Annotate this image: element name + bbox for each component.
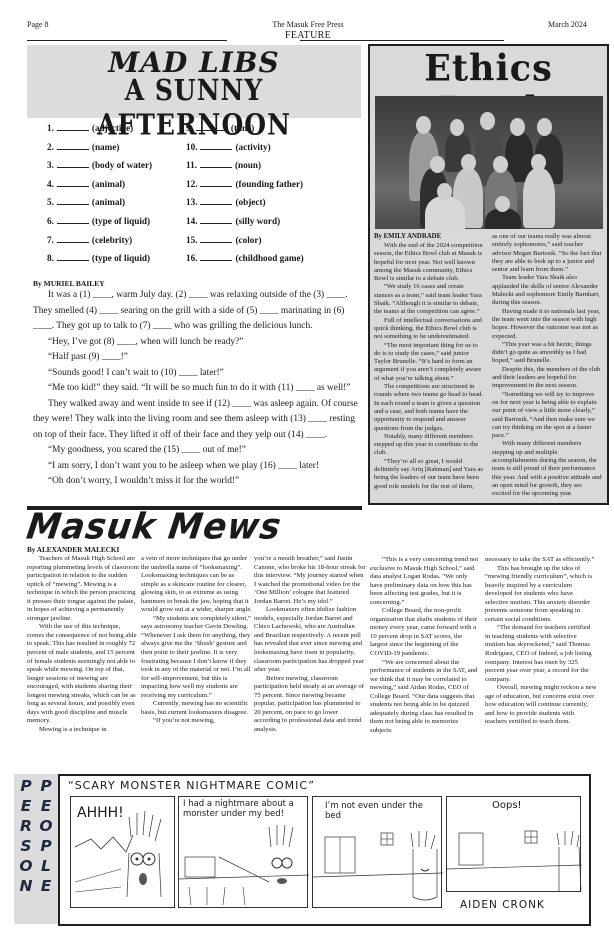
comic-credit: AIDEN CRONK — [460, 899, 545, 911]
mews-column-1: Teachers of Masuk High School are report… — [27, 555, 139, 734]
article-paragraph: “This year was a bit hectic, things didn… — [492, 341, 602, 366]
article-paragraph: Lookmaxers often idolize fashion models,… — [254, 606, 366, 674]
blank-number: 5. — [47, 197, 54, 207]
blank-number: 15. — [186, 235, 197, 245]
article-paragraph: With the end of the 2024 competition sea… — [374, 242, 484, 283]
story-paragraph: “My goodness, you scared the (15) ____ o… — [33, 443, 363, 459]
comic-drawing-3 — [313, 797, 443, 909]
comic-panel-1: AHHH! — [70, 796, 175, 908]
blank-item: 12.(founding father) — [186, 175, 304, 194]
article-paragraph: Currently, mewing has no scientific basi… — [141, 700, 253, 717]
comic-drawing-4 — [447, 797, 582, 893]
blank-line — [200, 160, 232, 168]
label-letter: L — [36, 856, 56, 876]
blank-item: 11.(noun) — [186, 156, 304, 175]
blank-type: (animal) — [92, 197, 125, 207]
article-paragraph: “We study 16 cases and create stances as… — [374, 283, 484, 316]
blank-number: 16. — [186, 253, 197, 263]
label-letter: E — [16, 796, 36, 816]
comic-drawing-1 — [71, 797, 176, 909]
blank-column-left: 1.(adjective) 2.(name) 3.(body of water)… — [47, 119, 152, 268]
story-paragraph: “Me too kid!” they said. “It will be so … — [33, 381, 363, 397]
blank-item: 3.(body of water) — [47, 156, 152, 175]
comic-panel-3: I’m not even under the bed — [312, 796, 442, 908]
blank-type: (body of water) — [92, 160, 152, 170]
blank-number: 12. — [186, 179, 197, 189]
blank-line — [57, 235, 89, 243]
blank-type: (animal) — [92, 179, 125, 189]
blank-item: 14.(silly word) — [186, 212, 304, 231]
ethics-column-2: as one of our teams really was almost en… — [492, 233, 602, 499]
article-paragraph: Before mewing, classroom participation h… — [254, 675, 366, 735]
article-paragraph: Having made it to nationals last year, t… — [492, 308, 602, 341]
blank-number: 11. — [186, 160, 197, 170]
blank-number: 7. — [47, 235, 54, 245]
blank-type: (color) — [235, 235, 261, 245]
article-paragraph: “We are concerned about the performance … — [370, 659, 480, 736]
masuk-mews-byline: By ALEXANDER MALECKI — [27, 546, 119, 554]
madlibs-byline: By MURIEL BAILEY — [33, 279, 363, 288]
blank-line — [57, 253, 89, 261]
blank-item: 4.(animal) — [47, 175, 152, 194]
blank-type: (adjective) — [92, 123, 133, 133]
blank-line — [57, 179, 89, 187]
blank-line — [200, 253, 232, 261]
blank-column-right: 9.(time) 10.(activity) 11.(noun) 12.(fou… — [186, 119, 304, 268]
mews-column-4: “This is a very concerning trend not exc… — [370, 556, 480, 735]
blank-item: 6.(type of liquid) — [47, 212, 152, 231]
article-paragraph: Despite this, the members of the club an… — [492, 366, 602, 391]
article-paragraph: Mewing is a technique in — [27, 726, 139, 735]
article-paragraph: “Something we will try to improve on for… — [492, 391, 602, 441]
story-paragraph: “Half past (9) ____!” — [33, 350, 363, 366]
blank-item: 10.(activity) — [186, 138, 304, 157]
blank-line — [200, 197, 232, 205]
label-letter: N — [16, 876, 36, 896]
blank-line — [57, 197, 89, 205]
label-letter: P — [16, 776, 36, 796]
blank-number: 9. — [186, 123, 193, 133]
comic-panel-4: Oops! — [446, 796, 581, 892]
article-paragraph: With many different members stepping up … — [492, 440, 602, 498]
article-paragraph: a vein of more techniques that go under … — [141, 555, 253, 615]
blank-line — [57, 142, 89, 150]
page-number: Page 8 — [27, 20, 49, 29]
ethics-column-1: With the end of the 2024 competition sea… — [374, 242, 484, 491]
story-paragraph: “Sounds good! I can’t wait to (10) ____ … — [33, 366, 363, 382]
blank-number: 8. — [47, 253, 54, 263]
people-label: P E O P L E — [36, 776, 56, 896]
blank-item: 2.(name) — [47, 138, 152, 157]
article-paragraph: With the use of this technique, comes th… — [27, 623, 139, 726]
article-paragraph: you’re a mouth breather,” said Justin Ca… — [254, 555, 366, 606]
blank-number: 2. — [47, 142, 54, 152]
blank-number: 1. — [47, 123, 54, 133]
article-paragraph: Overall, mewing might reckon a new age o… — [485, 684, 597, 727]
story-paragraph: It was a (1) ____, warm July day. (2) __… — [33, 288, 363, 335]
story-paragraph: They walked away and went inside to see … — [33, 397, 363, 444]
label-letter: O — [16, 856, 36, 876]
article-paragraph: Notably, many different members stepped … — [374, 433, 484, 458]
blank-type: (type of liquid) — [92, 216, 150, 226]
mews-column-2: a vein of more techniques that go under … — [141, 555, 253, 726]
paper-name: The Masuk Free Press — [228, 20, 388, 29]
blank-type: (celebrity) — [92, 235, 132, 245]
label-letter: E — [36, 876, 56, 896]
blank-item: 5.(animal) — [47, 193, 152, 212]
mews-column-3: you’re a mouth breather,” said Justin Ca… — [254, 555, 366, 734]
comic-title: “SCARY MONSTER NIGHTMARE COMIC” — [68, 779, 315, 792]
article-paragraph: necessary to take the SAT as efficiently… — [485, 556, 597, 565]
blank-type: (childhood game) — [235, 253, 303, 263]
masuk-mews-title: Masuk Mews — [24, 508, 364, 546]
story-paragraph: “Hey, I’ve got (8) ____, when will lunch… — [33, 335, 363, 351]
article-paragraph: The competitions are structured in round… — [374, 383, 484, 433]
blank-item: 16.(childhood game) — [186, 249, 304, 268]
header-rule-right — [300, 40, 504, 41]
label-letter: S — [16, 836, 36, 856]
blank-line — [200, 142, 232, 150]
blank-line — [57, 216, 89, 224]
blank-type: (founding father) — [235, 179, 303, 189]
blank-item: 1.(adjective) — [47, 119, 152, 138]
mews-column-5: necessary to take the SAT as efficiently… — [485, 556, 597, 727]
ethics-bowl-body: By EMILY ANDRADE With the end of the 202… — [374, 233, 604, 241]
issue-date: March 2024 — [548, 20, 587, 29]
blank-item: 7.(celebrity) — [47, 231, 152, 250]
label-letter: P — [36, 776, 56, 796]
blank-number: 3. — [47, 160, 54, 170]
blank-type: (time) — [231, 123, 254, 133]
comic-drawing-2 — [179, 797, 309, 909]
article-paragraph: “They’re all so great, I would definitel… — [374, 458, 484, 491]
blank-number: 6. — [47, 216, 54, 226]
article-paragraph: “The most important thing for us to do i… — [374, 342, 484, 383]
blank-type: (name) — [92, 142, 120, 152]
story-paragraph: “I am sorry, I don’t want you to be asle… — [33, 459, 363, 475]
blank-line — [57, 123, 89, 131]
blank-line — [200, 179, 232, 187]
blank-line — [57, 160, 89, 168]
article-paragraph: “The demand for teachers certified in te… — [485, 624, 597, 684]
article-paragraph: Teachers of Masuk High School are report… — [27, 555, 139, 623]
label-letter: O — [36, 816, 56, 836]
ethics-bowl-article: Ethics Bowl By EMILY ANDRADE With the en… — [368, 44, 609, 505]
person-people-label: P E R S O N P E O P L E — [14, 774, 58, 924]
story-paragraph: “Oh don’t worry, I wouldn’t miss it for … — [33, 474, 363, 490]
blank-type: (type of liquid) — [92, 253, 150, 263]
blank-type: (silly word) — [235, 216, 280, 226]
blank-type: (activity) — [235, 142, 270, 152]
blank-item: 8.(type of liquid) — [47, 249, 152, 268]
label-letter: P — [36, 836, 56, 856]
blank-item: 9.(time) — [186, 119, 304, 138]
article-paragraph: College Board, the non-profit organizati… — [370, 607, 480, 658]
blank-item: 15.(color) — [186, 231, 304, 250]
article-paragraph: Full of intellectual conversations and q… — [374, 317, 484, 342]
comic-strip: “SCARY MONSTER NIGHTMARE COMIC” AHHH! I … — [58, 774, 591, 926]
article-paragraph: This has brought up the idea of “mewing … — [485, 565, 597, 625]
article-paragraph: Team leader Yara Shaik also applauded th… — [492, 274, 602, 307]
label-letter: E — [36, 796, 56, 816]
article-paragraph: “If you’re not mewing, — [141, 717, 253, 726]
blank-line — [196, 123, 228, 131]
blank-number: 13. — [186, 197, 197, 207]
header-rule-left — [27, 40, 227, 41]
blank-type: (noun) — [235, 160, 261, 170]
person-label: P E R S O N — [16, 776, 36, 896]
madlibs-banner: MAD LIBS A SUNNY AFTERNOON — [27, 45, 361, 118]
blank-line — [200, 216, 232, 224]
blank-item: 13.(object) — [186, 193, 304, 212]
blank-type: (object) — [235, 197, 265, 207]
article-paragraph: as one of our teams really was almost en… — [492, 233, 602, 274]
article-paragraph: “This is a very concerning trend not exc… — [370, 556, 480, 607]
blank-number: 10. — [186, 142, 197, 152]
ethics-bowl-photo — [375, 96, 603, 229]
blank-number: 4. — [47, 179, 54, 189]
blank-number: 14. — [186, 216, 197, 226]
article-paragraph: “My students are completely silent,” say… — [141, 615, 253, 700]
comic-panel-2: I had a nightmare about a monster under … — [178, 796, 308, 908]
madlibs-story: By MURIEL BAILEY It was a (1) ____, warm… — [33, 279, 363, 490]
label-letter: R — [16, 816, 36, 836]
blank-line — [200, 235, 232, 243]
